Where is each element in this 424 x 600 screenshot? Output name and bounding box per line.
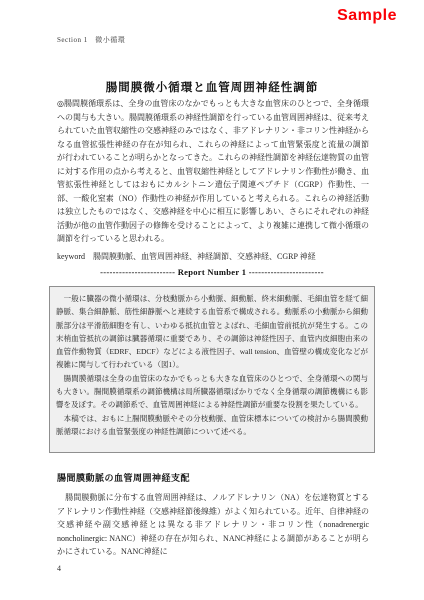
keyword-label: keyword	[57, 252, 85, 261]
report-box-paragraph: 本稿では、おもに上腸間膜動脈やその分枝動脈、血管床標本についての検討から腸間膜動…	[56, 412, 368, 439]
report-box-paragraph: 一般に臓器の微小循環は、分枝動脈から小動脈、細動脈、終末細動脈、毛細血管を経て細…	[56, 292, 368, 372]
keyword-terms: 腸間膜動脈、血管周囲神経、神経調節、交感神経、CGRP 神経	[93, 252, 316, 261]
document-page: Sample Section 1 微小循環 腸間膜微小循環と血管周囲神経性調節 …	[0, 0, 424, 600]
report-summary-box: 一般に臓器の微小循環は、分枝動脈から小動脈、細動脈、終末細動脈、毛細血管を経て細…	[49, 286, 375, 453]
report-number-divider: ------------------------ Report Number 1…	[0, 267, 424, 277]
section-heading: 腸間膜動脈の血管周囲神経支配	[57, 471, 190, 484]
running-head: Section 1 微小循環	[57, 35, 125, 45]
abstract-paragraph: ◎腸間膜循環系は、全身の血管床のなかでもっとも大きな血管床のひとつで、全身循環へ…	[57, 97, 369, 246]
page-title: 腸間膜微小循環と血管周囲神経性調節	[0, 79, 424, 95]
body-paragraph: 腸間膜動脈に分布する血管周囲神経は、ノルアドレナリン（NA）を伝達物質とするアド…	[57, 491, 369, 559]
sample-watermark: Sample	[337, 7, 397, 25]
report-box-paragraph: 腸間膜循環は全身の血管床のなかでもっとも大きな血管床のひとつで、全身循環への関与…	[56, 372, 368, 412]
page-number: 4	[57, 564, 61, 573]
keyword-line: keyword腸間膜動脈、血管周囲神経、神経調節、交感神経、CGRP 神経	[57, 251, 369, 262]
